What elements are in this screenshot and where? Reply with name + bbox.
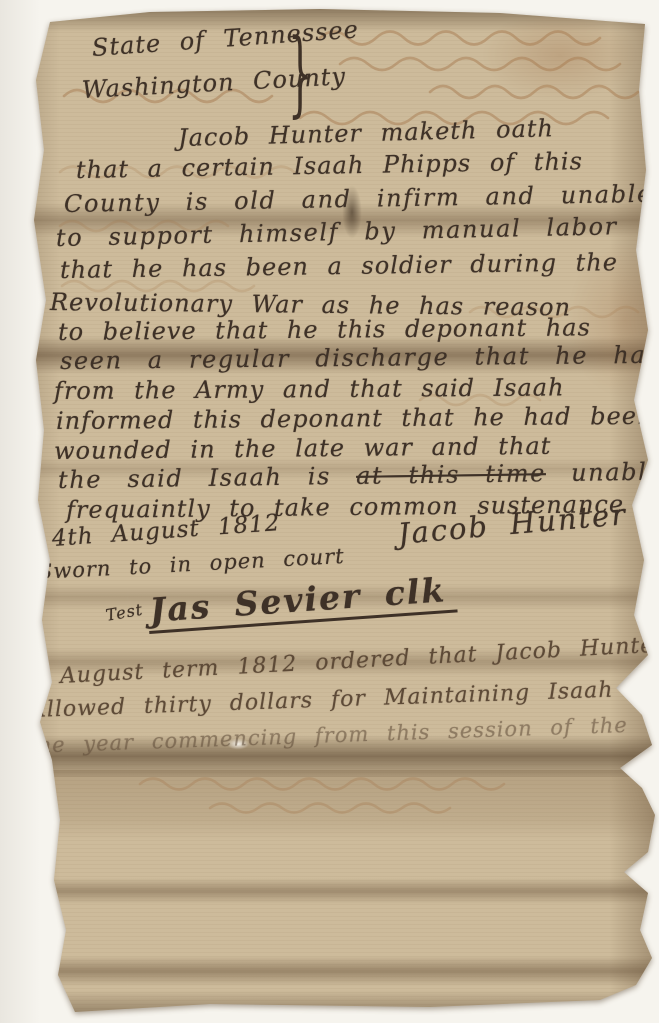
clerk-signature: Jas Sevier clk [147, 572, 458, 633]
manuscript-paper: State of Tennessee Washington County } J… [0, 0, 659, 1023]
oath-line: to believe that he this deponant has [58, 315, 591, 344]
oath-text: unable [546, 458, 659, 488]
header-brace: } [288, 18, 312, 128]
oath-line: that he has been a soldier during the [60, 250, 618, 282]
oath-text: the said Isaah is [58, 462, 357, 494]
oath-line: to support himself by manual labor [56, 214, 618, 250]
struck-through-text: at this time [356, 459, 546, 490]
attest-prefix: Test [105, 602, 145, 624]
paper-shadow: State of Tennessee Washington County } J… [0, 0, 659, 1023]
oath-line: that a certain Isaah Phipps of this [76, 149, 583, 182]
document-scan: State of Tennessee Washington County } J… [0, 0, 659, 1023]
oath-line: Jacob Hunter maketh oath [178, 116, 555, 150]
oath-line-with-strikethrough: the said Isaah is at this time unable [58, 460, 659, 492]
oath-line: wounded in the late war and that [54, 434, 552, 463]
oath-line: from the Army and that said Isaah [54, 375, 565, 403]
oath-line: informed this deponant that he had been [56, 404, 654, 433]
oath-line: seen a regular discharge that he had [60, 343, 659, 373]
header-state-line: State of Tennessee [91, 17, 359, 60]
oath-line: County is old and infirm and unable [64, 182, 653, 216]
sworn-line: Sworn to in open court [37, 546, 345, 583]
